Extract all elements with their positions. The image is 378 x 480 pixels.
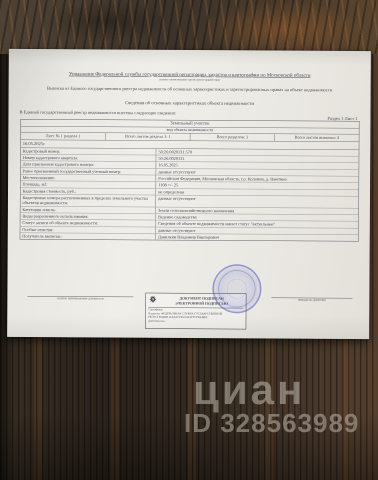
esign-owner: Владелец: ФЕДЕРАЛЬНАЯ СЛУЖБА ГОСУДАРСТВЕ… <box>148 312 243 320</box>
listing-id-watermark: ID 328563989 <box>184 408 359 439</box>
photo-of-document: Управление Федеральной службы государств… <box>0 0 378 480</box>
row-label: Получатель выписки: <box>20 233 155 240</box>
document-content: Управление Федеральной службы государств… <box>7 49 371 339</box>
sheet-info-cell: Всего листов раздела 1: 1 <box>105 133 190 141</box>
sheet-info-cell: Всего разделов: 3 <box>190 133 275 141</box>
table-row: Получатель выписки: Данилкин Владимир Ви… <box>20 233 358 241</box>
row-label: Кадастровые номера расположенных в преде… <box>20 194 155 206</box>
sheet-info-cell: Всего листов выписки: 4 <box>274 134 359 142</box>
coat-of-arms-icon <box>148 295 157 307</box>
signature-area: полное наименование должности ДОКУМЕ <box>7 292 369 337</box>
row-value: Данилкин Владимир Викторович <box>155 234 358 241</box>
signature-name-caption: инициалы, фамилия <box>271 298 352 302</box>
wood-table-top-band <box>0 0 378 54</box>
sheet-info-cell: Лист № 1 раздела 1 <box>21 132 106 140</box>
signature-position-block: полное наименование должности <box>27 292 133 301</box>
authority-note: полное наименование органа регистрации п… <box>39 78 341 83</box>
object-characteristics-table: Земельный участок вид объекта недвижимос… <box>20 119 360 242</box>
document-title: Выписка из Единого государственного реес… <box>15 85 365 92</box>
signature-name-block: инициалы, фамилия <box>271 294 352 302</box>
intro-line: В Единый государственный реестр недвижим… <box>19 109 175 115</box>
cian-watermark: циан <box>193 366 305 414</box>
signature-position-caption: полное наименование должности <box>27 297 133 301</box>
section-title: Сведения об основных характеристиках объ… <box>39 100 341 107</box>
round-blue-stamp <box>212 264 261 313</box>
egrn-extract-document: Управление Федеральной службы государств… <box>7 49 371 339</box>
esign-validity: Действителен: <box>148 320 243 324</box>
row-value: данные отсутствуют <box>156 195 359 208</box>
